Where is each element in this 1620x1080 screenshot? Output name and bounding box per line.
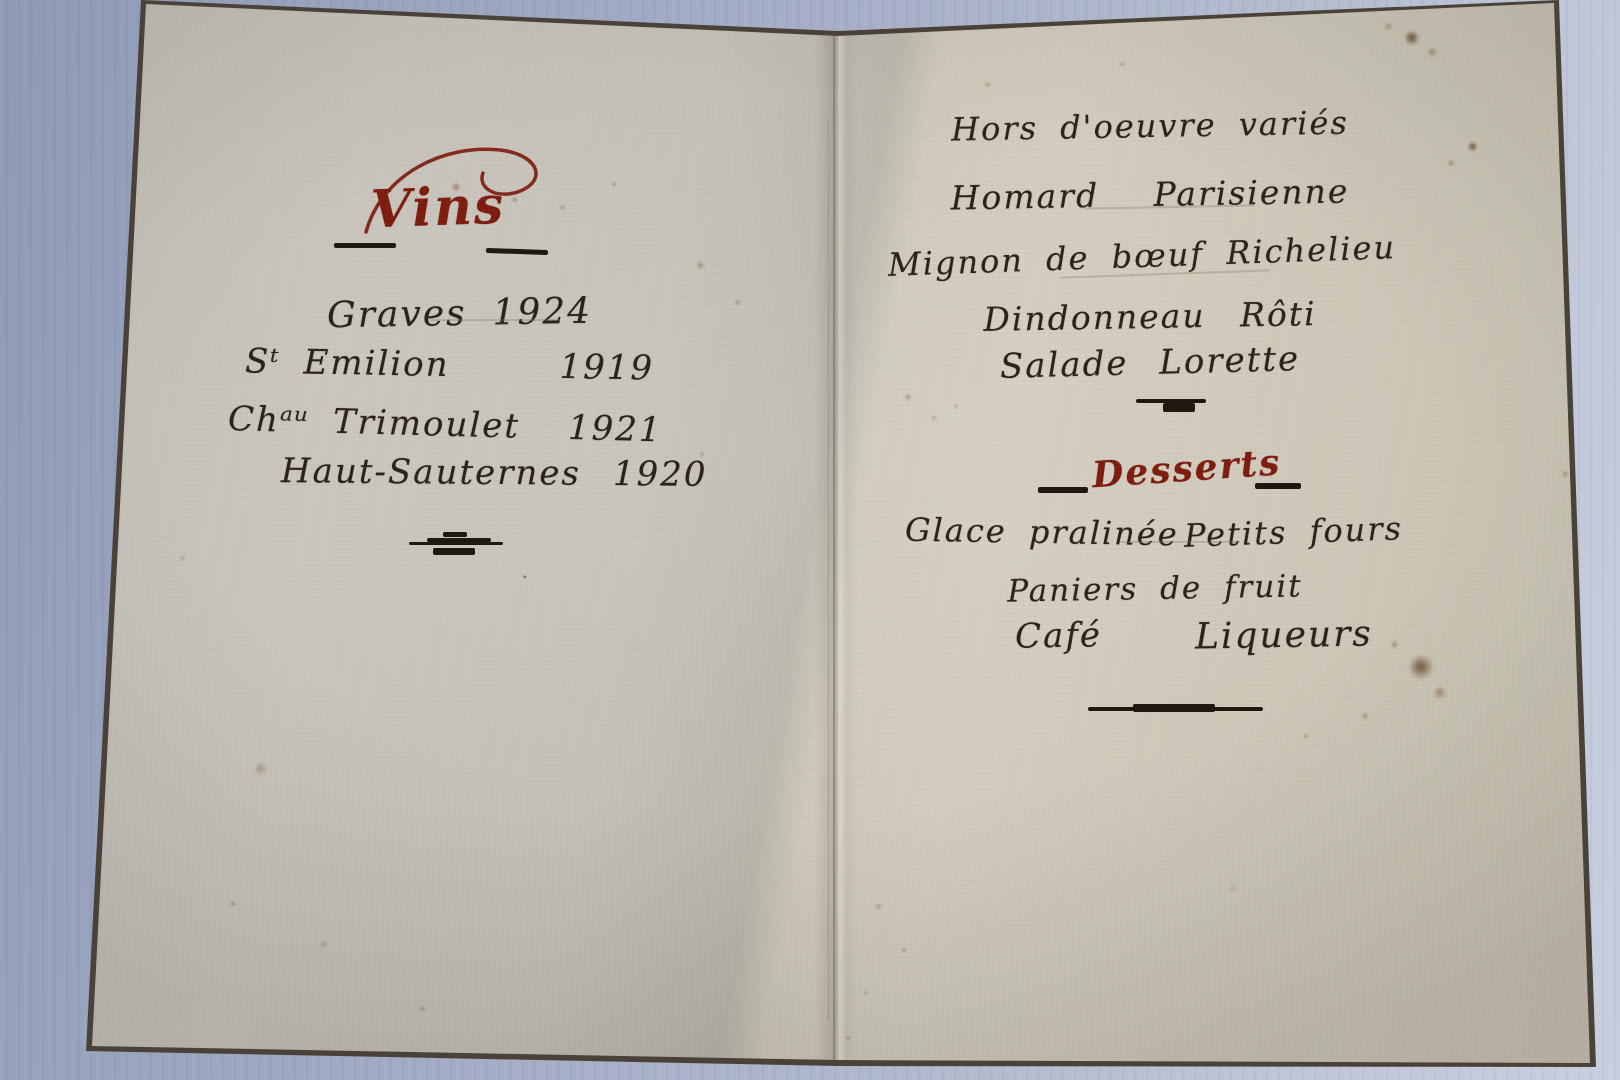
foxing-spot <box>985 82 991 88</box>
foxing-spot <box>1304 734 1309 739</box>
foxing-spot <box>1434 687 1447 700</box>
foxing-spot <box>1120 62 1125 67</box>
dessert-row: Paniers de fruit <box>905 570 1405 610</box>
pencil-guideline <box>1120 541 1240 543</box>
foxing-spot <box>452 183 461 192</box>
fold-crease-line <box>833 34 835 1060</box>
foxing-spot <box>697 262 705 270</box>
bottom-divider <box>1133 704 1215 712</box>
desserts-dash <box>1255 483 1301 489</box>
desserts-title: Desserts <box>1091 447 1248 494</box>
pencil-guideline <box>430 319 560 321</box>
photo-background: Vins Graves 1924 Sᵗ Emilion 1919 Chᵃᵘ Tr… <box>0 0 1620 1080</box>
wine-divider <box>433 548 475 555</box>
fold-crease-line <box>828 120 829 1020</box>
desserts-dash <box>1038 487 1088 493</box>
dessert-item: Café <box>1015 618 1103 654</box>
foxing-spot <box>1230 886 1236 892</box>
foxing-spot <box>905 394 912 401</box>
foxing-spot <box>876 904 882 910</box>
wine-line: Sᵗ Emilion 1919 <box>245 344 655 385</box>
foxing-spot <box>1362 713 1369 720</box>
foxing-spot <box>1468 142 1478 152</box>
foxing-spot <box>420 1006 426 1012</box>
foxing-spot <box>864 991 868 995</box>
foxing-spot <box>1391 641 1399 649</box>
card-fold <box>814 30 858 1064</box>
foxing-spot <box>512 197 518 203</box>
course-line: Homard Parisienne <box>880 173 1420 215</box>
foxing-spot <box>735 300 741 306</box>
foxing-spot <box>902 948 907 953</box>
wine-line: Graves 1924 <box>327 294 593 335</box>
foxing-spot <box>1385 23 1393 31</box>
foxing-spot <box>230 901 236 907</box>
title-underline-dash <box>334 243 396 248</box>
ink-speck <box>523 575 527 579</box>
foxing-spot <box>846 1036 851 1041</box>
menu-card: Vins Graves 1924 Sᵗ Emilion 1919 Chᵃᵘ Tr… <box>0 0 1620 1080</box>
foxing-spot <box>320 941 328 949</box>
wine-line: Chᵃᵘ Trimoulet 1921 <box>228 402 663 447</box>
foxing-spot <box>700 452 705 457</box>
foxing-spot <box>1580 301 1589 310</box>
title-underline-dash <box>486 248 548 255</box>
wine-line: Haut-Sauternes 1920 <box>281 454 708 492</box>
dessert-row: Glace pralinée Petits fours <box>905 516 1403 548</box>
wine-name: Chᵃᵘ Trimoulet <box>228 402 521 444</box>
wine-year: 1920 <box>613 457 708 492</box>
dessert-item: Petits fours <box>1183 512 1403 552</box>
foxing-spot <box>932 416 937 421</box>
dessert-item: Liqueurs <box>1195 616 1373 655</box>
course-line: Hors d'oeuvre variés <box>880 105 1420 146</box>
wine-name: Sᵗ Emilion <box>245 344 450 382</box>
foxing-spot <box>1562 471 1569 478</box>
wine-year: 1924 <box>492 294 592 332</box>
foxing-spot <box>1448 160 1455 167</box>
foxing-spot <box>612 182 617 187</box>
course-line: Salade Lorette <box>880 339 1421 387</box>
foxing-spot <box>1410 656 1434 680</box>
dessert-row: Café Liqueurs <box>1015 618 1373 654</box>
foxing-spot <box>560 205 565 210</box>
foxing-spot <box>180 556 185 561</box>
wine-year: 1921 <box>568 411 663 447</box>
foxing-spot <box>1332 131 1338 137</box>
foxing-spot <box>255 763 268 776</box>
foxing-spot <box>954 405 958 409</box>
course-line: Dindonneau Rôti <box>880 295 1420 337</box>
wine-divider <box>409 542 503 545</box>
dessert-item: Glace pralinée <box>905 514 1179 551</box>
wine-page-title: Vins <box>337 179 539 238</box>
wine-divider <box>443 532 467 537</box>
wine-name: Haut-Sauternes <box>281 454 581 491</box>
course-divider <box>1163 403 1195 412</box>
wine-year: 1919 <box>559 350 654 386</box>
foxing-spot <box>1428 48 1438 58</box>
wine-name: Graves <box>327 296 467 334</box>
foxing-spot <box>1405 31 1420 46</box>
